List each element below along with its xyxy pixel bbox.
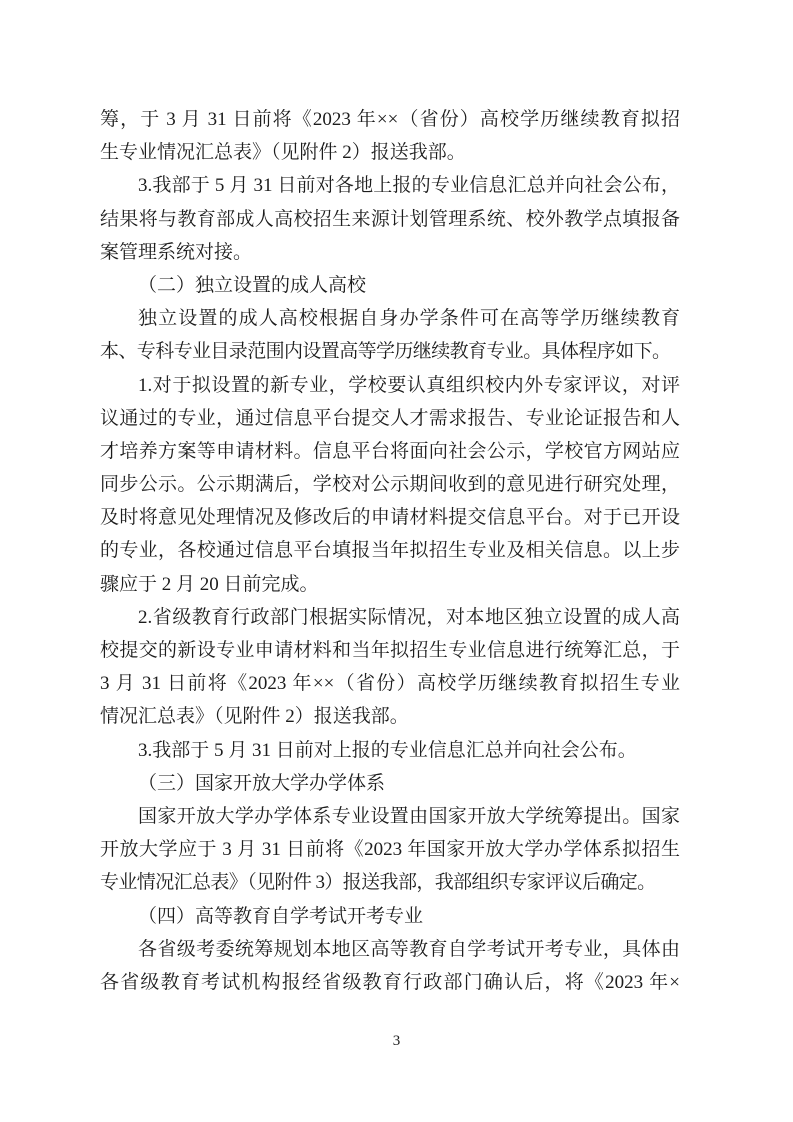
document-body: 筹，于 3 月 31 日前将《2023 年××（省份）高校学历继续教育拟招生专业… [100,103,680,999]
text-line: 骤应于 2 月 20 日前完成。 [100,568,680,601]
text-line: （四）高等教育自学考试开考专业 [100,900,680,933]
text-line: 情况汇总表》（见附件 2）报送我部。 [100,700,680,733]
text-line: 各省级教育考试机构报经省级教育行政部门确认后，将《2023 年× [100,966,680,999]
text-line: 同步公示。公示期满后，学校对公示期间收到的意见进行研究处理， [100,468,680,501]
document-page: 筹，于 3 月 31 日前将《2023 年××（省份）高校学历继续教育拟招生专业… [0,0,793,1122]
text-line: 的专业，各校通过信息平台填报当年拟招生专业及相关信息。以上步 [100,534,680,567]
text-line: 3 月 31 日前将《2023 年××（省份）高校学历继续教育拟招生专业 [100,667,680,700]
text-line: 2.省级教育行政部门根据实际情况，对本地区独立设置的成人高 [100,601,680,634]
text-line: 专业情况汇总表》（见附件 3）报送我部，我部组织专家评议后确定。 [100,866,680,899]
text-line: 结果将与教育部成人高校招生来源计划管理系统、校外教学点填报备 [100,203,680,236]
text-line: 3.我部于 5 月 31 日前对上报的专业信息汇总并向社会公布。 [100,734,680,767]
text-line: 及时将意见处理情况及修改后的申请材料提交信息平台。对于已开设 [100,501,680,534]
text-line: 独立设置的成人高校根据自身办学条件可在高等学历继续教育 [100,302,680,335]
text-line: （三）国家开放大学办学体系 [100,767,680,800]
text-line: 筹，于 3 月 31 日前将《2023 年××（省份）高校学历继续教育拟招 [100,103,680,136]
text-line: 1.对于拟设置的新专业，学校要认真组织校内外专家评议，对评 [100,369,680,402]
page-number: 3 [0,1030,793,1052]
text-line: 生专业情况汇总表》（见附件 2）报送我部。 [100,136,680,169]
text-line: 案管理系统对接。 [100,236,680,269]
text-line: 各省级考委统筹规划本地区高等教育自学考试开考专业，具体由 [100,933,680,966]
text-line: 才培养方案等申请材料。信息平台将面向社会公示，学校官方网站应 [100,435,680,468]
text-line: 校提交的新设专业申请材料和当年拟招生专业信息进行统筹汇总，于 [100,634,680,667]
text-line: 3.我部于 5 月 31 日前对各地上报的专业信息汇总并向社会公布， [100,169,680,202]
text-line: 开放大学应于 3 月 31 日前将《2023 年国家开放大学办学体系拟招生 [100,833,680,866]
text-line: 议通过的专业，通过信息平台提交人才需求报告、专业论证报告和人 [100,402,680,435]
text-line: （二）独立设置的成人高校 [100,269,680,302]
text-line: 本、专科专业目录范围内设置高等学历继续教育专业。具体程序如下。 [100,335,680,368]
text-line: 国家开放大学办学体系专业设置由国家开放大学统筹提出。国家 [100,800,680,833]
